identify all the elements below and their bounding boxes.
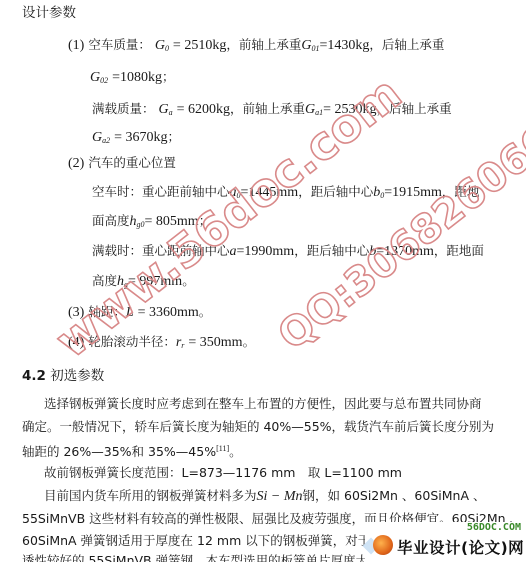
param-cog-full: 满载时：重心距前轴中心a=1990mm，距后轴中心b=1370mm，距地面 — [92, 242, 484, 261]
value-Ga: = 6200kg — [177, 102, 230, 117]
wheelbase-label: 轴距： — [88, 304, 126, 319]
value-b0: =1915mm — [384, 185, 442, 200]
punctuation: 。 — [229, 444, 242, 459]
param-hg: 高度hg= 997mm。 — [92, 272, 195, 294]
height-label: 面高度 — [92, 213, 130, 228]
value-a0: =1445mm — [241, 185, 299, 200]
symbol-sub: g0 — [137, 220, 145, 229]
item-number: (3) — [68, 305, 84, 320]
empty-mass-label: 空车质量： — [88, 37, 151, 52]
param-cog-empty: 空车时：重心距前轴中心a0=1445mm，距后轴中心b0=1915mm，距地 — [92, 183, 479, 205]
logo-url: 56DOC.COM — [467, 522, 521, 533]
value-Ga2: = 3670kg — [114, 130, 167, 145]
item-number: (1) — [68, 38, 84, 53]
height-label: 高度 — [92, 273, 117, 288]
punctuation: ； — [168, 129, 181, 144]
ground-label: ，距地面 — [434, 243, 484, 258]
paragraph-line: 故前钢板弹簧长度范围：L=873—1176 mm 取 L=1100 mm — [44, 464, 402, 482]
value-hg: = 997mm — [128, 274, 182, 289]
logo-ball-icon — [373, 535, 393, 555]
rear-axle-distance-label: ，距后轴中心 — [298, 184, 373, 199]
watermark-qq: QQ:306826066 — [270, 117, 526, 359]
math-si-mn: Si − Mn — [257, 489, 303, 504]
value-L: = 3360mm — [138, 305, 199, 320]
value-G02: =1080kg — [112, 70, 162, 85]
param-wheelbase: (3) 轴距：L = 3360mm。 — [68, 303, 211, 322]
symbol-sub: 0 — [165, 44, 169, 53]
symbol-a: a — [230, 244, 237, 259]
param-Ga2: Ga2 = 3670kg； — [92, 128, 180, 150]
punctuation: 。 — [199, 304, 212, 319]
rear-axle-label: ，后轴上承重 — [377, 101, 452, 116]
symbol-L: L — [126, 305, 134, 320]
paragraph-text: 目前国内货车所用的钢板弹簧材料多为 — [44, 488, 257, 503]
symbol-a0: a — [230, 185, 237, 200]
value-Ga1: = 2530kg — [323, 102, 376, 117]
param-tire-radius: (4) 轮胎滚动半径：rr = 350mm。 — [68, 333, 255, 355]
paragraph-line: 目前国内货车所用的钢板弹簧材料多为Si − Mn钢，如 60Si2Mn 、60S… — [44, 487, 485, 506]
value-G01: =1430kg — [319, 38, 369, 53]
param-G02: G02 =1080kg； — [90, 68, 175, 90]
symbol-G01: G — [301, 38, 311, 53]
paragraph-line: 确定。一般情况下，轿车后簧长度为轴矩的 40%—55%，载货汽车前后簧长度分别为 — [22, 418, 494, 436]
symbol-sub: a1 — [315, 108, 323, 117]
section-title: 设计参数 — [22, 4, 76, 22]
symbol-Ga2: G — [92, 130, 102, 145]
punctuation: 。 — [182, 273, 195, 288]
symbol-sub: r — [181, 341, 184, 350]
front-axle-label: ，前轴上承重 — [226, 37, 301, 52]
param-mass-full: 满载质量： Ga = 6200kg，前轴上承重Ga1= 2530kg，后轴上承重 — [92, 100, 452, 122]
value-G0: = 2510kg — [173, 38, 226, 53]
symbol-sub: 02 — [100, 76, 108, 85]
value-b: =1370mm — [376, 244, 434, 259]
param-cog-title: (2) 汽车的重心位置 — [68, 154, 176, 173]
ground-label: ，距地 — [442, 184, 480, 199]
item-number: (4) — [68, 335, 84, 350]
symbol-Ga1: G — [305, 102, 315, 117]
symbol-G0: G — [155, 38, 165, 53]
paragraph-text: 轴距的 26%—35%和 35%—45% — [22, 444, 216, 459]
citation-ref: [11] — [216, 444, 229, 453]
param-mass-empty: (1) 空车质量： G0 = 2510kg，前轴上承重G01=1430kg，后轴… — [68, 36, 444, 58]
value-hg0: = 805mm — [145, 214, 199, 229]
punctuation: ； — [162, 69, 175, 84]
symbol-sub: a — [169, 108, 173, 117]
symbol-G02: G — [90, 70, 100, 85]
symbol-hg0: h — [130, 214, 137, 229]
section-number: 4.2 — [22, 368, 46, 384]
symbol-hg: h — [117, 274, 124, 289]
paragraph-text: 钢，如 60Si2Mn 、60SiMnA 、 — [303, 488, 486, 503]
rear-axle-label: ，后轴上承重 — [369, 37, 444, 52]
section-title-text: 初选参数 — [50, 368, 104, 384]
param-hg0: 面高度hg0= 805mm； — [92, 212, 211, 234]
item-number: (2) — [68, 156, 84, 171]
tire-radius-label: 轮胎滚动半径： — [88, 334, 176, 349]
punctuation: 。 — [243, 334, 256, 349]
site-logo: 56DOC.COM 毕业设计(论文)网 — [365, 522, 525, 560]
value-r: = 350mm — [188, 335, 242, 350]
symbol-sub: a2 — [102, 136, 110, 145]
cog-title: 汽车的重心位置 — [88, 155, 176, 170]
paragraph-line: 透性较好的 55SiMnVB 弹簧钢。本车型选用的板簧单片厚度大 — [22, 552, 368, 562]
cog-full-label: 满载时：重心距前轴中心 — [92, 243, 230, 258]
paragraph-line: 选择钢板弹簧长度时应考虑到在整车上布置的方便性，因此要与总布置共同协商 — [44, 395, 482, 413]
punctuation: ； — [199, 213, 212, 228]
rear-axle-distance-label: ，距后轴中心 — [294, 243, 369, 258]
logo-text: 毕业设计(论文)网 — [397, 536, 524, 558]
front-axle-label: ，前轴上承重 — [230, 101, 305, 116]
cog-empty-label: 空车时：重心距前轴中心 — [92, 184, 230, 199]
full-mass-label: 满载质量： — [92, 101, 155, 116]
paragraph-line: 轴距的 26%—35%和 35%—45%[11]。 — [22, 440, 242, 461]
section-heading-4-2: 4.2 初选参数 — [22, 367, 104, 385]
symbol-Ga: G — [159, 102, 169, 117]
value-a: =1990mm — [237, 244, 295, 259]
